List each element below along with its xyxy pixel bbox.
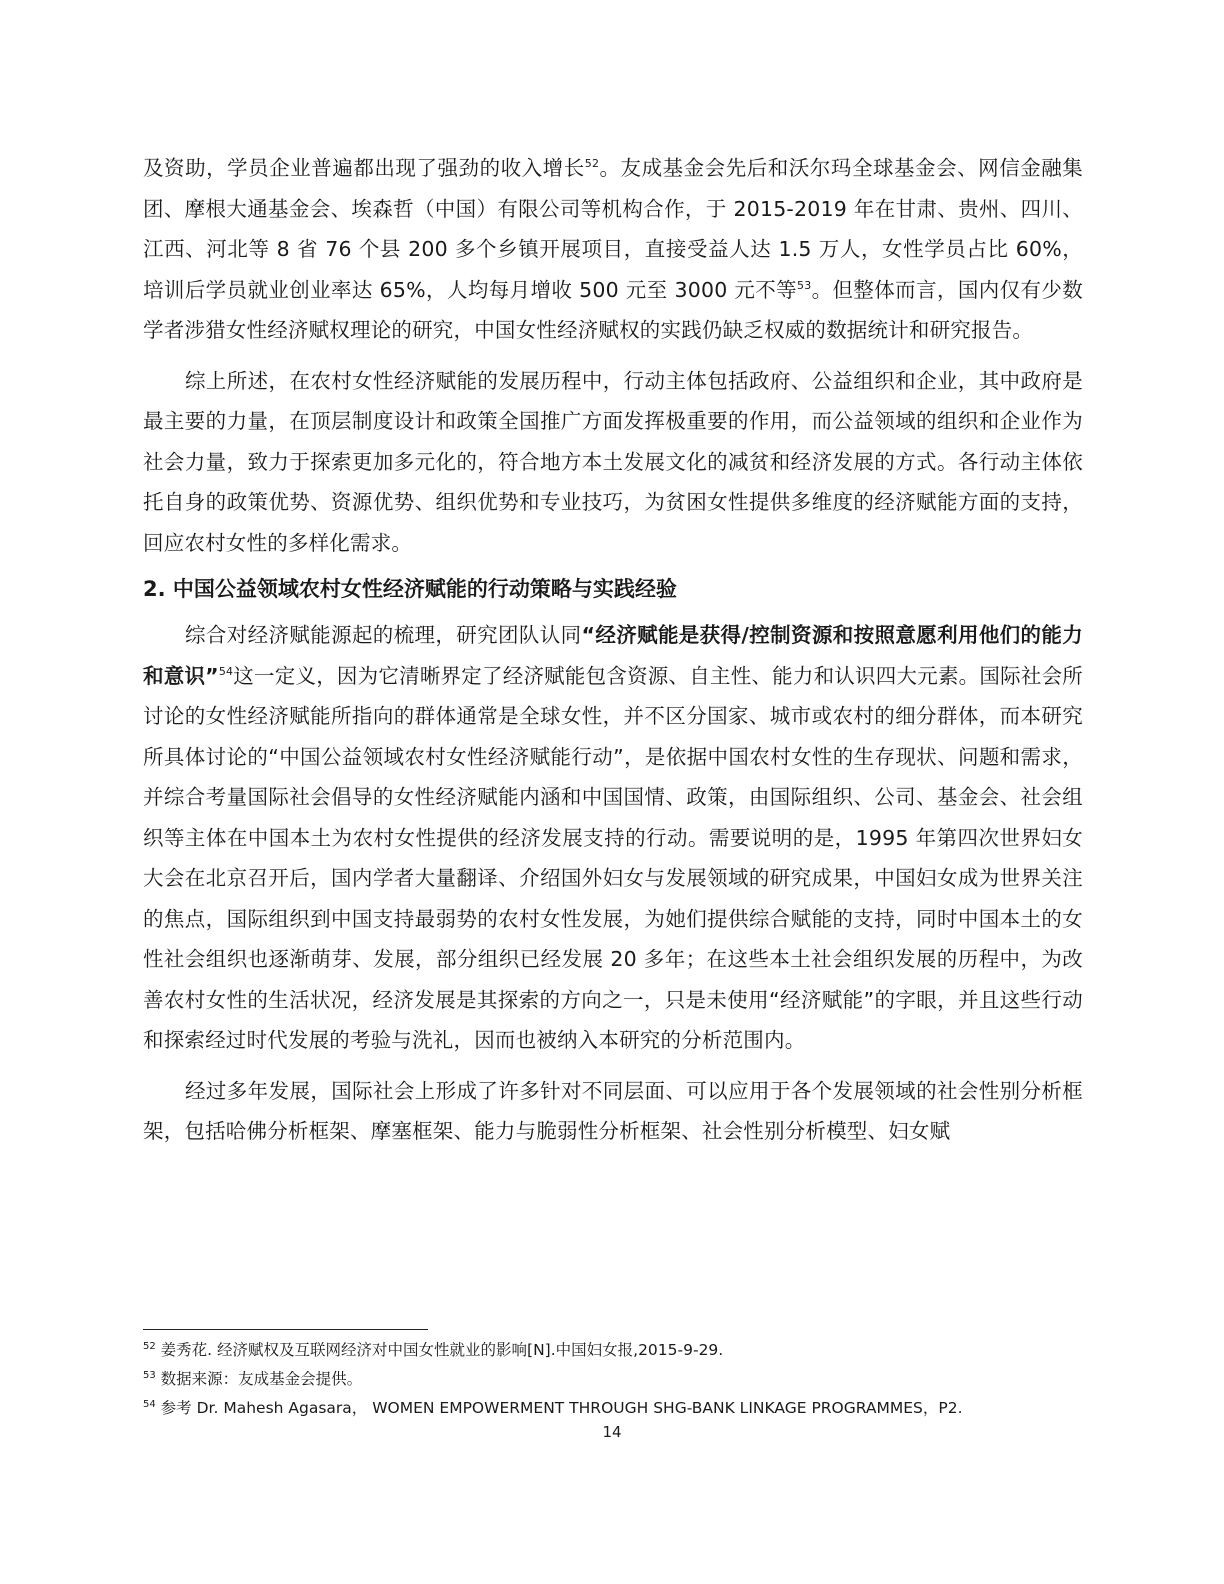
footnote-ref-52[interactable]: 52 [585, 157, 599, 170]
footnote-text: 数据来源：友成基金会提供。 [161, 1370, 363, 1388]
footnote-divider [143, 1329, 428, 1330]
spacer [143, 351, 1083, 361]
footnote-text: 姜秀花. 经济赋权及互联网经济对中国女性就业的影响[N].中国妇女报,2015-… [161, 1341, 724, 1359]
footnote-number: 54 [143, 1399, 156, 1410]
paragraph-1: 及资助，学员企业普遍都出现了强劲的收入增长52。友成基金会先后和沃尔玛全球基金会… [143, 148, 1083, 351]
paragraph-2: 综上所述，在农村女性经济赋能的发展历程中，行动主体包括政府、公益组织和企业，其中… [143, 361, 1083, 564]
spacer [143, 1061, 1083, 1071]
page-number: 14 [0, 1423, 1224, 1441]
paragraph-text: 这一定义，因为它清晰界定了经济赋能包含资源、自主性、能力和认识四大元素。国际社会… [143, 664, 1083, 1053]
footnote-number: 52 [143, 1341, 156, 1352]
footnote-53: 53 数据来源：友成基金会提供。 [143, 1365, 1083, 1394]
section-heading: 2. 中国公益领域农村女性经济赋能的行动策略与实践经验 [143, 569, 1083, 609]
paragraph-text: 及资助，学员企业普遍都出现了强劲的收入增长 [143, 156, 585, 180]
paragraph-text: 综合对经济赋能源起的梳理，研究团队认同 [185, 623, 582, 647]
paragraph-4: 经过多年发展，国际社会上形成了许多针对不同层面、可以应用于各个发展领域的社会性别… [143, 1071, 1083, 1152]
footnote-text: 参考 Dr. Mahesh Agasara， WOMEN EMPOWERMENT… [161, 1399, 963, 1417]
footnote-ref-53[interactable]: 53 [797, 279, 811, 292]
footnote-ref-54[interactable]: 54 [219, 665, 233, 678]
footnote-52: 52 姜秀花. 经济赋权及互联网经济对中国女性就业的影响[N].中国妇女报,20… [143, 1336, 1083, 1365]
footnote-54: 54 参考 Dr. Mahesh Agasara， WOMEN EMPOWERM… [143, 1394, 1083, 1423]
document-body: 及资助，学员企业普遍都出现了强劲的收入增长52。友成基金会先后和沃尔玛全球基金会… [143, 148, 1083, 1152]
paragraph-3: 综合对经济赋能源起的梳理，研究团队认同“经济赋能是获得/控制资源和按照意愿利用他… [143, 615, 1083, 1061]
footnotes: 52 姜秀花. 经济赋权及互联网经济对中国女性就业的影响[N].中国妇女报,20… [143, 1336, 1083, 1423]
footnote-number: 53 [143, 1370, 156, 1381]
